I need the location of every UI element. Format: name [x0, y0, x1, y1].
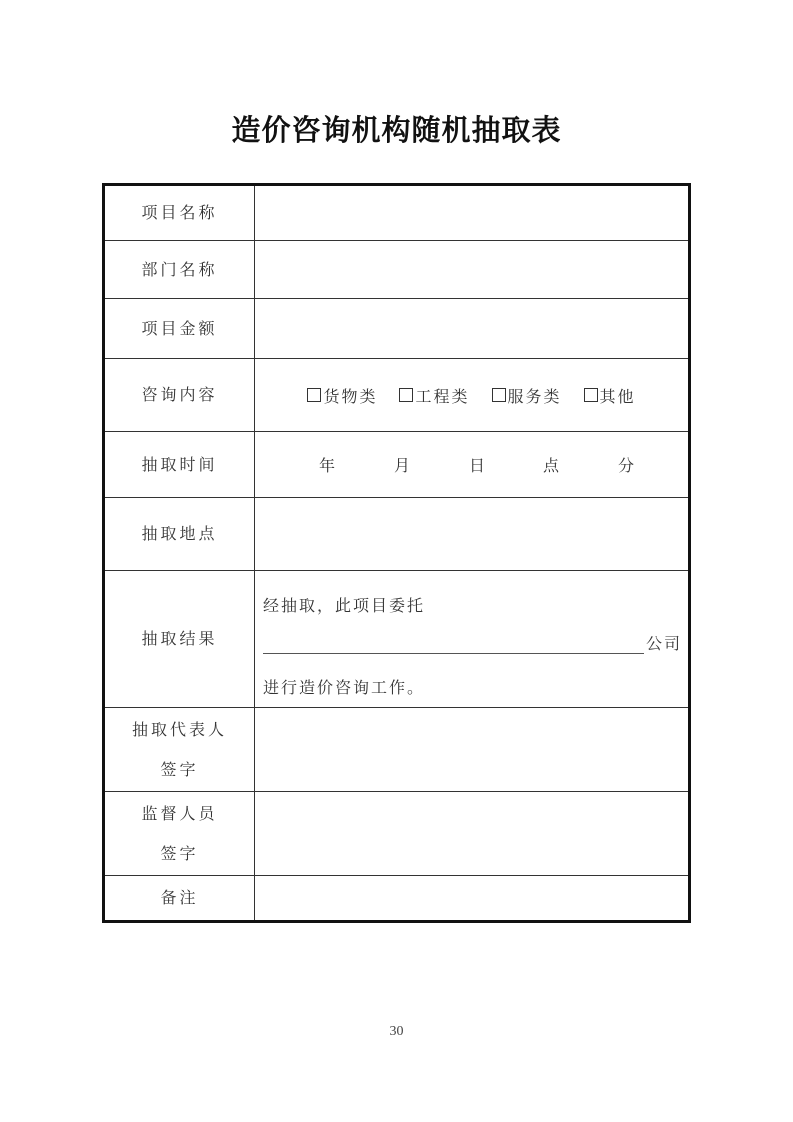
draw-result-content: 经抽取，此项目委托 公司 进行造价咨询工作。 [255, 571, 688, 707]
label-department-name: 部门名称 [105, 241, 255, 298]
label-draw-result: 抽取结果 [105, 571, 255, 707]
label-representative-signature: 抽取代表人 签字 [105, 708, 255, 791]
row-supervisor-signature: 监督人员 签字 [105, 792, 688, 876]
label-project-amount: 项目金额 [105, 299, 255, 358]
unit-month: 月 [394, 453, 412, 476]
row-project-name: 项目名称 [105, 186, 688, 241]
project-amount-field[interactable] [255, 299, 688, 358]
option-other[interactable]: 其他 [584, 384, 636, 407]
consult-content-options: 货物类 工程类 服务类 其他 [255, 359, 688, 431]
option-goods[interactable]: 货物类 [307, 384, 377, 407]
option-engineering[interactable]: 工程类 [399, 384, 469, 407]
department-name-field[interactable] [255, 241, 688, 298]
row-department-name: 部门名称 [105, 241, 688, 299]
unit-hour: 点 [543, 453, 561, 476]
label-draw-time: 抽取时间 [105, 432, 255, 497]
result-text-line1: 经抽取，此项目委托 [263, 593, 425, 616]
company-suffix: 公司 [646, 631, 682, 654]
option-services[interactable]: 服务类 [492, 384, 562, 407]
label-remarks: 备注 [105, 876, 255, 920]
page-title: 造价咨询机构随机抽取表 [0, 108, 793, 149]
remarks-field[interactable] [255, 876, 688, 920]
label-consult-content: 咨询内容 [105, 359, 255, 431]
unit-year: 年 [319, 453, 337, 476]
selection-form-table: 项目名称 部门名称 项目金额 咨询内容 货物类 工程类 [102, 183, 691, 923]
result-text-line3: 进行造价咨询工作。 [263, 675, 425, 698]
row-draw-location: 抽取地点 [105, 498, 688, 571]
company-name-blank[interactable] [263, 633, 644, 654]
label-draw-location: 抽取地点 [105, 498, 255, 570]
representative-signature-field[interactable] [255, 708, 688, 791]
row-remarks: 备注 [105, 876, 688, 920]
unit-day: 日 [469, 453, 487, 476]
row-project-amount: 项目金额 [105, 299, 688, 359]
checkbox-icon[interactable] [492, 388, 506, 402]
page-number: 30 [0, 1024, 793, 1040]
draw-location-field[interactable] [255, 498, 688, 570]
result-company-line: 公司 [263, 631, 682, 654]
row-draw-result: 抽取结果 经抽取，此项目委托 公司 进行造价咨询工作。 [105, 571, 688, 708]
checkbox-icon[interactable] [584, 388, 598, 402]
row-draw-time: 抽取时间 年 月 日 点 分 [105, 432, 688, 498]
project-name-field[interactable] [255, 186, 688, 240]
checkbox-icon[interactable] [399, 388, 413, 402]
label-project-name: 项目名称 [105, 186, 255, 240]
row-consult-content: 咨询内容 货物类 工程类 服务类 其他 [105, 359, 688, 432]
supervisor-signature-field[interactable] [255, 792, 688, 875]
checkbox-icon[interactable] [307, 388, 321, 402]
row-representative-signature: 抽取代表人 签字 [105, 708, 688, 792]
unit-minute: 分 [618, 453, 636, 476]
label-supervisor-signature: 监督人员 签字 [105, 792, 255, 875]
draw-time-field[interactable]: 年 月 日 点 分 [255, 432, 688, 497]
